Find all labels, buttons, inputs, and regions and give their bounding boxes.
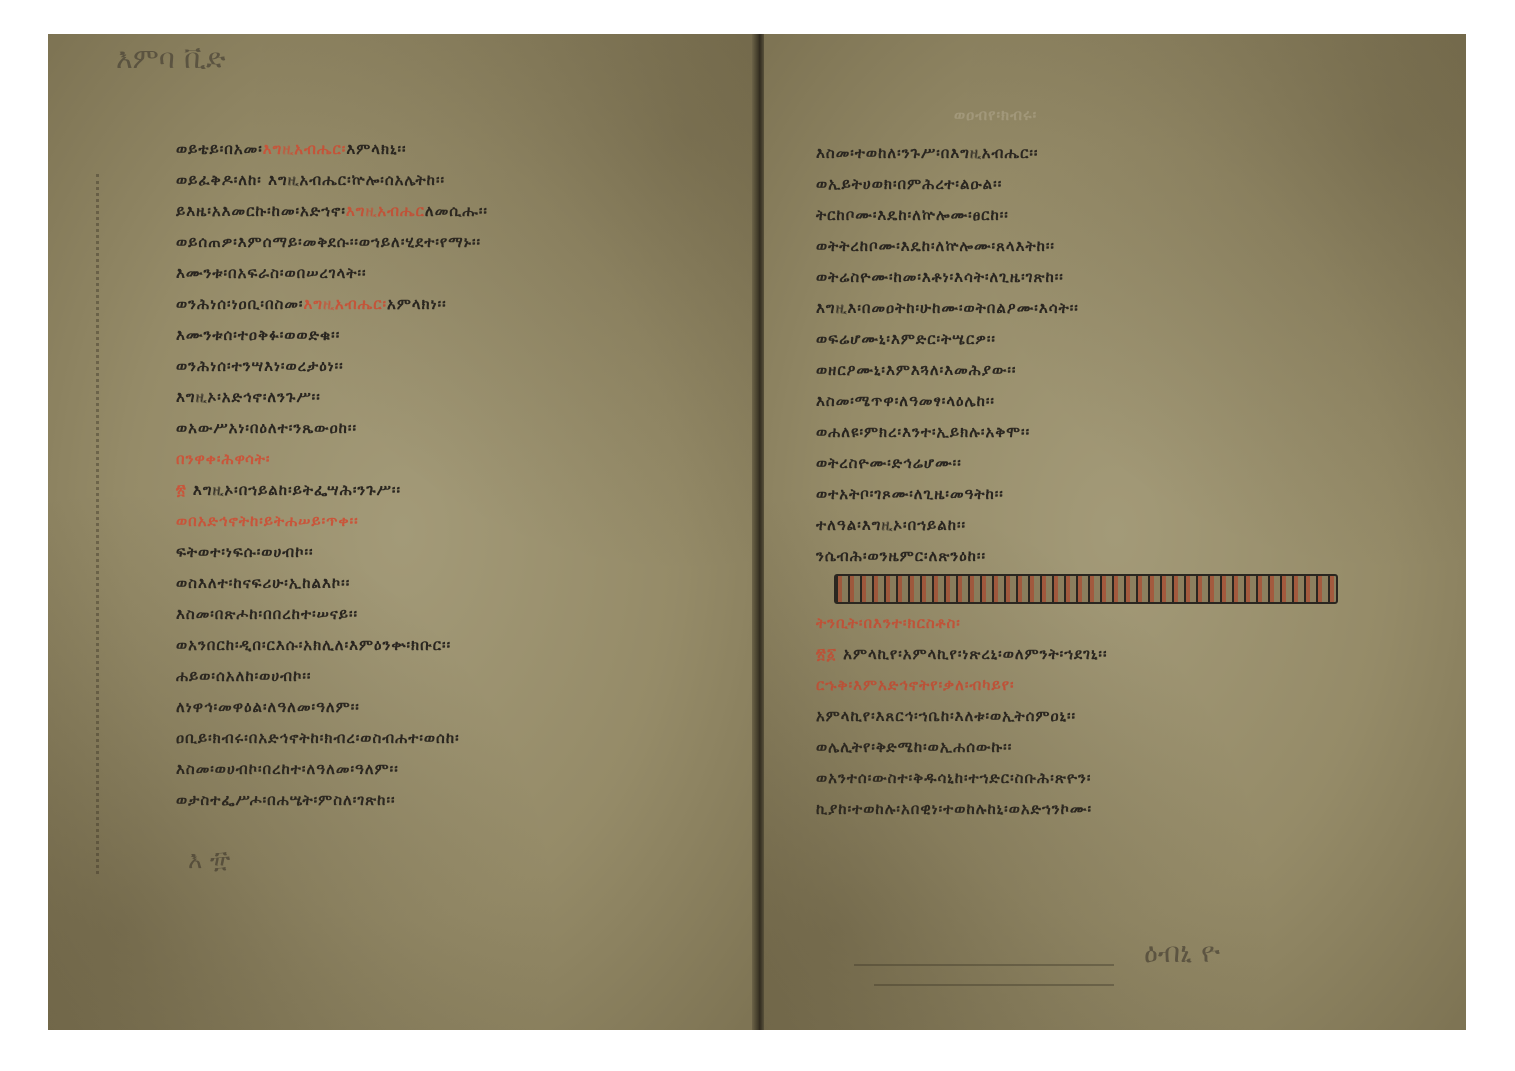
left-page-text-column: ወይቴይ፡በአመ፡እግዚአብሔር፡እምላክኒ፡፡ወይፈቅዶ፡ለከ፡ እግዚአብሔ… — [176, 134, 488, 816]
text-line: ይእዜ፡አእመርኩ፡ከመ፡አድኀኖ፡እግዚአብሔርለመሲሑ፡፡ — [176, 196, 488, 227]
right-page-header-ghost: ወዐብየ፡ክብሩ፡ — [954, 100, 1037, 131]
body-text: እሙንቱ፡በአፍራስ፡ወበሠረገላት፡፡ — [176, 264, 367, 282]
text-line: ወይፈቅዶ፡ለከ፡ እግዚአብሔር፡ኵሎ፡ሰአሌትከ፡፡ — [176, 165, 488, 196]
body-text: ሐይወ፡ሰአለከ፡ወሀብኮ፡፡ — [176, 667, 311, 685]
rubric-text: ርኁቅ፡እምአድኅኖትየ፡ቃለ፡ብካይየ፡ — [816, 676, 1015, 694]
body-text: እስመ፡ሜጥዋ፡ለዓመፃ፡ላዕሌከ፡፡ — [816, 392, 995, 410]
text-line: ወበአድኅኖትከ፡ይትሐሠይ፡ጥቀ፡፡ — [176, 506, 488, 537]
text-line: ወይሰጠዎ፡እምሰማይ፡መቅደሱ፡፡ወኀይለ፡ሂደተ፡የማኑ፡፡ — [176, 227, 488, 258]
body-text: ንሴብሕ፡ወንዜምር፡ለጽንዕከ፡፡ — [816, 547, 986, 565]
body-text: አምላኪየ፡እጸርኅ፡ኀቤከ፡እለቱ፡ወኢትሰምዐኒ፡፡ — [816, 707, 1076, 725]
rubric-text: ፳፩ — [816, 645, 843, 663]
right-page-text-upper: እስመ፡ተወከለ፡ንጉሥ፡በእግዚአብሔር፡፡ወኢይትሀወክ፡በምሕረተ፡ልዑል… — [816, 138, 1079, 572]
body-text: ዐቢይ፡ክብሩ፡በአድኅኖትከ፡ክብረ፡ወስብሐተ፡ወሰከ፡ — [176, 729, 460, 747]
text-line: እስመ፡ወሀብኮ፡በረከተ፡ለዓለመ፡ዓለም፡፡ — [176, 754, 488, 785]
pencil-sketch — [854, 964, 1114, 966]
pricking-holes — [96, 174, 103, 874]
body-text: ይእዜ፡አእመርኩ፡ከመ፡አድኀኖ፡ — [176, 202, 346, 220]
text-line: ወትረስዮሙ፡ድኅሬሆሙ፡፡ — [816, 448, 1079, 479]
text-line: ርኁቅ፡እምአድኅኖትየ፡ቃለ፡ብካይየ፡ — [816, 670, 1108, 701]
text-line: ሐይወ፡ሰአለከ፡ወሀብኮ፡፡ — [176, 661, 488, 692]
body-text: አምላክነ፡፡ — [387, 295, 447, 313]
body-text: ወተአትቦ፡ገጾሙ፡ለጊዜ፡መዓትከ፡፡ — [816, 485, 1004, 503]
text-line: እስመ፡ተወከለ፡ንጉሥ፡በእግዚአብሔር፡፡ — [816, 138, 1079, 169]
body-text: እስመ፡ተወከለ፡ንጉሥ፡በእግዚአብሔር፡፡ — [816, 144, 1038, 162]
body-text: ወአንበርከ፡ዲበ፡ርእሱ፡አክሊለ፡እምዕንቍ፡ክቡር፡፡ — [176, 636, 451, 654]
right-page: ወዐብየ፡ክብሩ፡ እስመ፡ተወከለ፡ንጉሥ፡በእግዚአብሔር፡፡ወኢይትሀወክ… — [764, 34, 1466, 1030]
body-text: ወትሬስዮሙ፡ከመ፡እቶነ፡እሳት፡ለጊዜ፡ገጽከ፡፡ — [816, 268, 1064, 286]
body-text: ወይቴይ፡በአመ፡ — [176, 140, 263, 158]
body-text: ወስእለተ፡ከናፍሪሁ፡ኢከልእኮ፡፡ — [176, 574, 350, 592]
body-text: እስመ፡በጽሖከ፡በበረከተ፡ሠናይ፡፡ — [176, 605, 358, 623]
body-text: ኪያከ፡ተወከሉ፡አበዊነ፡ተወከሉከኒ፡ወአድኀንኮሙ፡ — [816, 800, 1092, 818]
body-text: ወዘርዖሙኒ፡እምእጓለ፡እመሕያው፡፡ — [816, 361, 1016, 379]
body-text: ለመሲሑ፡፡ — [425, 202, 488, 220]
text-line: እሙንቱሰ፡ተዐቅፉ፡ወወድቁ፡፡ — [176, 320, 488, 351]
body-text: ወንሕነሰ፡ተንሣእነ፡ወረታዕነ፡፡ — [176, 357, 344, 375]
body-text: ወሌሊትየ፡ቅድሜከ፡ወኢሐሰውኩ፡፡ — [816, 738, 1012, 756]
text-line: ወንሕነሰ፡ነዐቢ፡በስመ፡እግዚአብሔር፡አምላክነ፡፡ — [176, 289, 488, 320]
rubric-text: እግዚአብሔር፡ — [263, 140, 347, 158]
body-text: ወፍሬሆሙኒ፡እምድር፡ትሤርዎ፡፡ — [816, 330, 996, 348]
text-line: እሙንቱ፡በአፍራስ፡ወበሠረገላት፡፡ — [176, 258, 488, 289]
body-text: ወትረስዮሙ፡ድኅሬሆሙ፡፡ — [816, 454, 962, 472]
body-text: ወአውሥአነ፡በዕለተ፡ንጼውዐከ፡፡ — [176, 419, 357, 437]
text-line: ተለዓል፡እግዚኦ፡በኀይልከ፡፡ — [816, 510, 1079, 541]
body-text: ተለዓል፡እግዚኦ፡በኀይልከ፡፡ — [816, 516, 966, 534]
decorative-band — [834, 574, 1338, 604]
text-line: እግዚእ፡በመዐትከ፡ሁከሙ፡ወትበልዖሙ፡እሳት፡፡ — [816, 293, 1079, 324]
text-line: ትንቢት፡በእንተ፡ክርስቶስ፡ — [816, 608, 1108, 639]
text-line: አምላኪየ፡እጸርኅ፡ኀቤከ፡እለቱ፡ወኢትሰምዐኒ፡፡ — [816, 701, 1108, 732]
rubric-text: እግዚአብሔር — [346, 202, 425, 220]
body-text: ወኢይትሀወክ፡በምሕረተ፡ልዑል፡፡ — [816, 175, 1002, 193]
text-line: ፍትወተ፡ነፍሱ፡ወሀብኮ፡፡ — [176, 537, 488, 568]
text-line: ለነዋኅ፡መዋዕል፡ለዓለመ፡ዓለም፡፡ — [176, 692, 488, 723]
text-line: ወንሕነሰ፡ተንሣእነ፡ወረታዕነ፡፡ — [176, 351, 488, 382]
body-text: ወአንተሰ፡ውስተ፡ቅዱሳኒከ፡ተኀድር፡ስቡሕ፡ጽዮን፡ — [816, 769, 1091, 787]
left-page-top-note: እምባ ቪድ — [116, 42, 225, 76]
left-page-bottom-note: እ ፹ — [188, 846, 230, 874]
right-page-bottom-note: ዕብኒ ዮ — [1144, 936, 1220, 970]
rubric-text: እግዚአብሔር፡ — [303, 295, 387, 313]
text-line: ፳፩ አምላኪየ፡አምላኪየ፡ነጽረኒ፡ወለምንት፡ኀደገኒ፡፡ — [816, 639, 1108, 670]
right-page-text-lower: ትንቢት፡በእንተ፡ክርስቶስ፡፳፩ አምላኪየ፡አምላኪየ፡ነጽረኒ፡ወለምን… — [816, 608, 1108, 825]
rubric-text: በንዋቀ፡ሕዋሳት፡ — [176, 450, 270, 468]
body-text: እሙንቱሰ፡ተዐቅፉ፡ወወድቁ፡፡ — [176, 326, 340, 344]
text-line: ፳ እግዚኦ፡በኀይልከ፡ይትፌሣሕ፡ንጉሥ፡፡ — [176, 475, 488, 506]
body-text: ወሐለዩ፡ምክረ፡እንተ፡ኢይክሉ፡አቅሞ፡፡ — [816, 423, 1030, 441]
text-line: ወትሬስዮሙ፡ከመ፡እቶነ፡እሳት፡ለጊዜ፡ገጽከ፡፡ — [816, 262, 1079, 293]
text-line: ወዘርዖሙኒ፡እምእጓለ፡እመሕያው፡፡ — [816, 355, 1079, 386]
body-text: ፍትወተ፡ነፍሱ፡ወሀብኮ፡፡ — [176, 543, 314, 561]
body-text: አምላኪየ፡አምላኪየ፡ነጽረኒ፡ወለምንት፡ኀደገኒ፡፡ — [843, 645, 1107, 663]
text-line: እስመ፡በጽሖከ፡በበረከተ፡ሠናይ፡፡ — [176, 599, 488, 630]
text-line: ወኢይትሀወክ፡በምሕረተ፡ልዑል፡፡ — [816, 169, 1079, 200]
body-text: ወይፈቅዶ፡ለከ፡ እግዚአብሔር፡ኵሎ፡ሰአሌትከ፡፡ — [176, 171, 445, 189]
body-text: እስመ፡ወሀብኮ፡በረከተ፡ለዓለመ፡ዓለም፡፡ — [176, 760, 399, 778]
body-text: ወይሰጠዎ፡እምሰማይ፡መቅደሱ፡፡ወኀይለ፡ሂደተ፡የማኑ፡፡ — [176, 233, 481, 251]
pencil-sketch — [874, 984, 1114, 986]
body-text: እምላክኒ፡፡ — [346, 140, 406, 158]
text-line: ወትትረከቦሙ፡እዴከ፡ለኵሎሙ፡ጸላእትከ፡፡ — [816, 231, 1079, 262]
text-line: ኪያከ፡ተወከሉ፡አበዊነ፡ተወከሉከኒ፡ወአድኀንኮሙ፡ — [816, 794, 1108, 825]
body-text: ወንሕነሰ፡ነዐቢ፡በስመ፡ — [176, 295, 303, 313]
text-line: ወተአትቦ፡ገጾሙ፡ለጊዜ፡መዓትከ፡፡ — [816, 479, 1079, 510]
text-line: ወይቴይ፡በአመ፡እግዚአብሔር፡እምላክኒ፡፡ — [176, 134, 488, 165]
body-text: እግዚኦ፡አድኅኖ፡ለንጉሥ፡፡ — [176, 388, 321, 406]
rubric-text: ትንቢት፡በእንተ፡ክርስቶስ፡ — [816, 614, 961, 632]
text-line: ወታስተፌሥሖ፡በሐሤት፡ምስለ፡ገጽከ፡፡ — [176, 785, 488, 816]
body-text: ትርከቦሙ፡እዴከ፡ለኵሎሙ፡ፀርከ፡፡ — [816, 206, 1009, 224]
text-line: እግዚኦ፡አድኅኖ፡ለንጉሥ፡፡ — [176, 382, 488, 413]
rubric-text: ፳ — [176, 481, 193, 499]
text-line: ወአንበርከ፡ዲበ፡ርእሱ፡አክሊለ፡እምዕንቍ፡ክቡር፡፡ — [176, 630, 488, 661]
rubric-text: ወበአድኅኖትከ፡ይትሐሠይ፡ጥቀ፡፡ — [176, 512, 359, 530]
text-line: ወስእለተ፡ከናፍሪሁ፡ኢከልእኮ፡፡ — [176, 568, 488, 599]
text-line: ንሴብሕ፡ወንዜምር፡ለጽንዕከ፡፡ — [816, 541, 1079, 572]
text-line: ዐቢይ፡ክብሩ፡በአድኅኖትከ፡ክብረ፡ወስብሐተ፡ወሰከ፡ — [176, 723, 488, 754]
body-text: ወታስተፌሥሖ፡በሐሤት፡ምስለ፡ገጽከ፡፡ — [176, 791, 396, 809]
body-text: ወትትረከቦሙ፡እዴከ፡ለኵሎሙ፡ጸላእትከ፡፡ — [816, 237, 1055, 255]
text-line: እስመ፡ሜጥዋ፡ለዓመፃ፡ላዕሌከ፡፡ — [816, 386, 1079, 417]
text-line: ወፍሬሆሙኒ፡እምድር፡ትሤርዎ፡፡ — [816, 324, 1079, 355]
body-text: እግዚእ፡በመዐትከ፡ሁከሙ፡ወትበልዖሙ፡እሳት፡፡ — [816, 299, 1079, 317]
text-line: ወሐለዩ፡ምክረ፡እንተ፡ኢይክሉ፡አቅሞ፡፡ — [816, 417, 1079, 448]
text-line: በንዋቀ፡ሕዋሳት፡ — [176, 444, 488, 475]
body-text: ለነዋኅ፡መዋዕል፡ለዓለመ፡ዓለም፡፡ — [176, 698, 360, 716]
text-line: ወአንተሰ፡ውስተ፡ቅዱሳኒከ፡ተኀድር፡ስቡሕ፡ጽዮን፡ — [816, 763, 1108, 794]
text-line: ወሌሊትየ፡ቅድሜከ፡ወኢሐሰውኩ፡፡ — [816, 732, 1108, 763]
text-line: ትርከቦሙ፡እዴከ፡ለኵሎሙ፡ፀርከ፡፡ — [816, 200, 1079, 231]
left-page: እምባ ቪድ ወይቴይ፡በአመ፡እግዚአብሔር፡እምላክኒ፡፡ወይፈቅዶ፡ለከ፡… — [48, 34, 756, 1030]
body-text: እግዚኦ፡በኀይልከ፡ይትፌሣሕ፡ንጉሥ፡፡ — [193, 481, 401, 499]
manuscript-spread: እምባ ቪድ ወይቴይ፡በአመ፡እግዚአብሔር፡እምላክኒ፡፡ወይፈቅዶ፡ለከ፡… — [48, 34, 1466, 1030]
text-line: ወአውሥአነ፡በዕለተ፡ንጼውዐከ፡፡ — [176, 413, 488, 444]
